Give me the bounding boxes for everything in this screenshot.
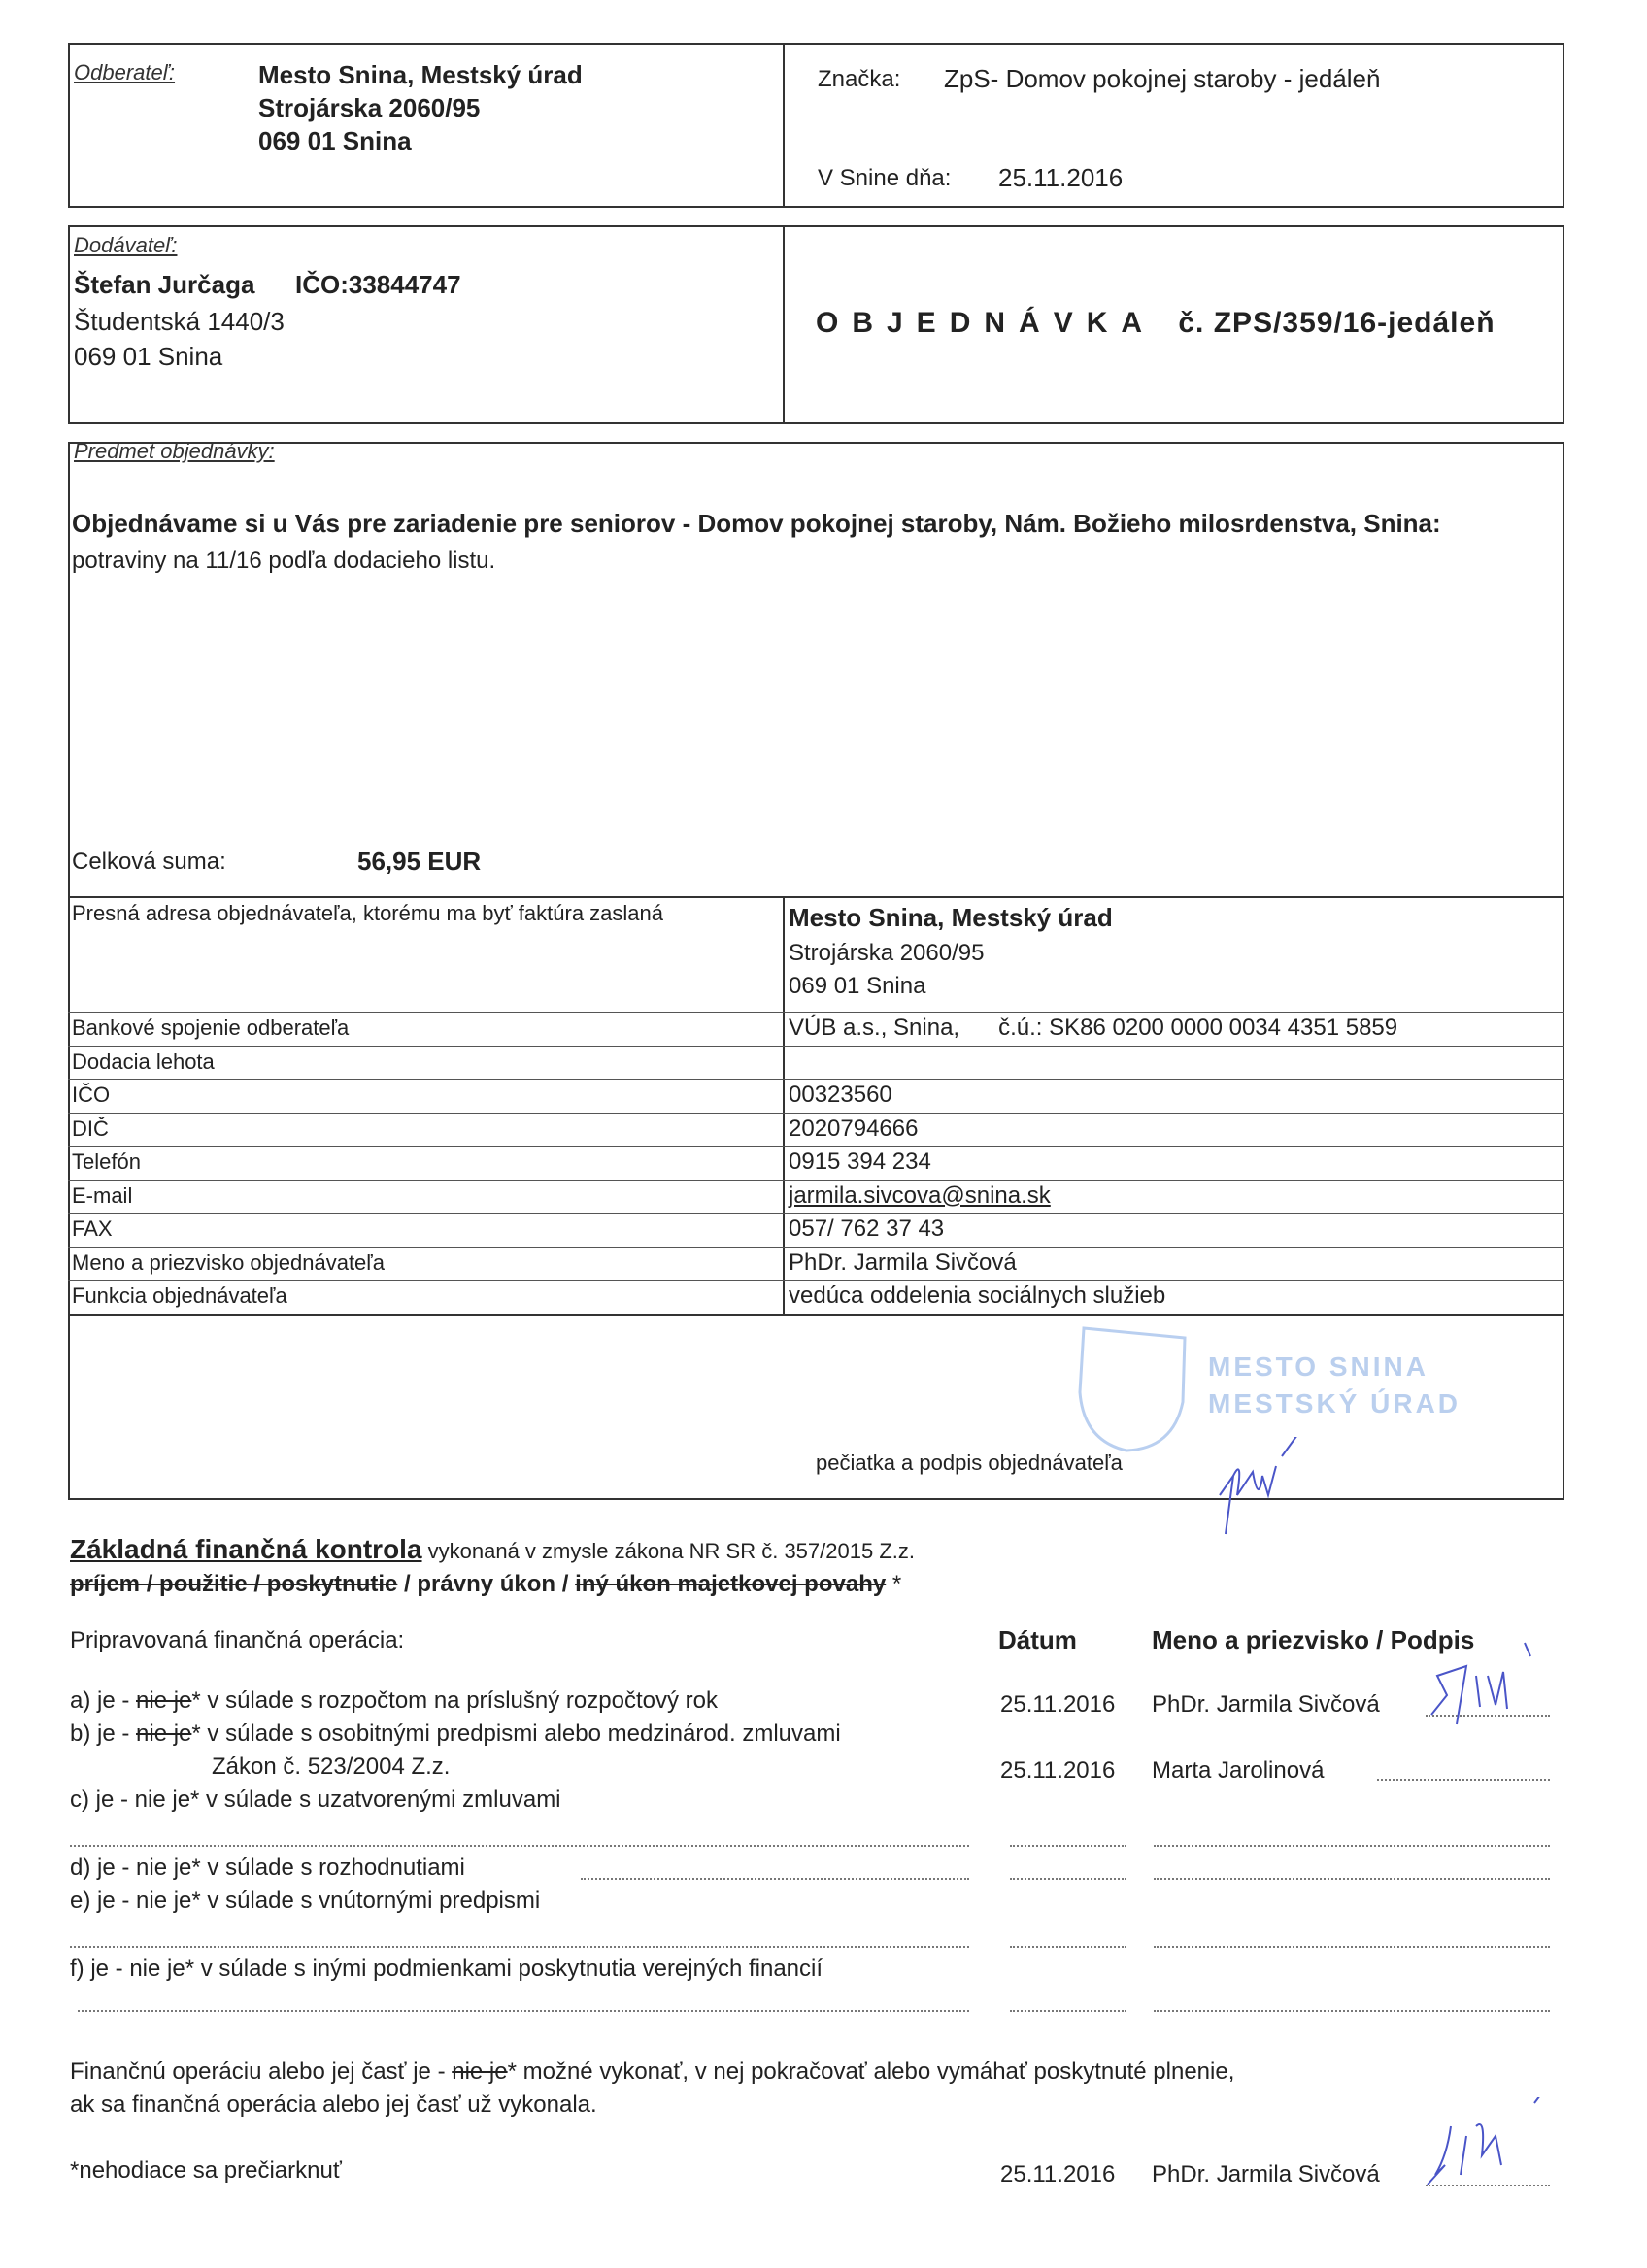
order-number: č. ZPS/359/16-jedáleň (1178, 307, 1495, 339)
table-row-value: 00323560 (789, 1082, 892, 1109)
subject-label: Predmet objednávky: (74, 439, 275, 464)
stamp-text-1: MESTO SNINA (1208, 1351, 1429, 1383)
item-f: f) je - nie je* v súlade s inými podmien… (70, 1955, 823, 1983)
table-row-label: Bankové spojenie odberateľa (72, 1016, 349, 1041)
row-divider (68, 1113, 1564, 1114)
type-sep: / (555, 1571, 575, 1597)
supplier-label: Dodávateľ: (74, 233, 177, 258)
subject-line-1: Objednávame si u Vás pre zariadenie pre … (72, 509, 1441, 539)
order-title-word: OBJEDNÁVKA (816, 307, 1156, 339)
table-row-value: 2020794666 (789, 1116, 918, 1143)
footnote: *nehodiace sa prečiarknuť (70, 2157, 342, 2185)
table-row-label: Telefón (72, 1150, 141, 1175)
signature-icon (1204, 1437, 1321, 1544)
item-a-post: * v súlade s rozpočtom na príslušný rozp… (191, 1687, 718, 1714)
item-c: c) je - nie je* v súlade s uzatvorenými … (70, 1786, 561, 1814)
table-row-value: PhDr. Jarmila Sivčová (789, 1250, 1017, 1277)
dots-e-op[interactable] (70, 1946, 969, 1948)
dots-f-op[interactable] (78, 2010, 969, 2012)
signature-icon (1418, 1637, 1554, 1734)
final-struck: nie je (452, 2058, 507, 2085)
row-divider (68, 1280, 1564, 1281)
item-d: d) je - nie je* v súlade s rozhodnutiami (70, 1854, 465, 1882)
dots-c-date[interactable] (1010, 1845, 1126, 1847)
table-row-value: vedúca oddelenia sociálnych služieb (789, 1283, 1165, 1310)
dots-e-date[interactable] (1010, 1946, 1126, 1948)
item-b-pre: b) je - (70, 1720, 136, 1747)
email-link[interactable]: jarmila.sivcova@snina.sk (789, 1183, 1051, 1210)
dots-e-name[interactable] (1154, 1946, 1550, 1948)
billing-address-city: 069 01 Snina (789, 973, 925, 1000)
supplier-ico: IČO:33844747 (295, 270, 461, 300)
divider (783, 225, 785, 424)
control-type: príjem / použitie / poskytnutie / právny… (70, 1571, 901, 1598)
stamp-shield-icon (1076, 1324, 1193, 1460)
table-row-value: 0915 394 234 (789, 1149, 931, 1176)
row-divider (68, 1146, 1564, 1147)
column-date: Dátum (998, 1625, 1077, 1655)
table-row-value: 057/ 762 37 43 (789, 1216, 944, 1243)
item-b-law: Zákon č. 523/2004 Z.z. (212, 1753, 450, 1781)
item-b-post: * v súlade s osobitnými predpismi alebo … (191, 1720, 840, 1747)
control-heading: Základná finančná kontrola vykonaná v zm… (70, 1534, 915, 1565)
final-line-2: ak sa finančná operácia alebo jej časť u… (70, 2091, 597, 2118)
final-pre: Finančnú operáciu alebo jej časť je - (70, 2058, 452, 2085)
item-a: a) je - nie je* v súlade s rozpočtom na … (70, 1687, 718, 1715)
row-divider (68, 1213, 1564, 1214)
final-post: * možné vykonať, v nej pokračovať alebo … (508, 2058, 1235, 2085)
sign-b-line[interactable] (1377, 1779, 1550, 1781)
supplier-city: 069 01 Snina (74, 342, 222, 372)
signature-icon (1418, 2097, 1554, 2194)
customer-label: Odberateľ: (74, 60, 175, 85)
final-statement: Finančnú operáciu alebo jej časť je - ni… (70, 2058, 1234, 2085)
control-heading-rest: vykonaná v zmysle zákona NR SR č. 357/20… (422, 1539, 915, 1563)
type-struck-1: príjem / použitie / poskytnutie (70, 1571, 397, 1597)
dots-d-name[interactable] (1154, 1878, 1550, 1880)
stamp-text-2: MESTSKÝ ÚRAD (1208, 1388, 1461, 1419)
billing-address-street: Strojárska 2060/95 (789, 940, 984, 967)
table-row-label: Funkcia objednávateľa (72, 1284, 287, 1309)
sign-b-name: Marta Jarolinová (1152, 1757, 1324, 1784)
divider (783, 43, 785, 208)
dots-c-op[interactable] (70, 1845, 969, 1847)
row-divider (68, 1247, 1564, 1248)
dots-f-name[interactable] (1154, 2010, 1550, 2012)
final-name: PhDr. Jarmila Sivčová (1152, 2161, 1380, 2188)
sign-a-date: 25.11.2016 (1000, 1691, 1115, 1718)
date-label: V Snine dňa: (818, 165, 951, 192)
table-row-label: IČO (72, 1083, 110, 1108)
reference-label: Značka: (818, 66, 900, 93)
type-kept: právny úkon (417, 1571, 555, 1597)
control-heading-main: Základná finančná kontrola (70, 1534, 422, 1564)
table-row-label: Meno a priezvisko objednávateľa (72, 1251, 385, 1276)
customer-street: Strojárska 2060/95 (258, 93, 480, 123)
sign-a-name: PhDr. Jarmila Sivčová (1152, 1691, 1380, 1718)
table-row-label: E-mail (72, 1184, 132, 1209)
supplier-name: Štefan Jurčaga (74, 270, 254, 300)
supplier-street: Študentská 1440/3 (74, 307, 285, 337)
table-row-label: Dodacia lehota (72, 1050, 215, 1075)
order-title: OBJEDNÁVKA č. ZPS/359/16-jedáleň (816, 307, 1496, 340)
item-a-pre: a) je - (70, 1687, 136, 1714)
dots-d-date[interactable] (1010, 1878, 1126, 1880)
sign-b-date: 25.11.2016 (1000, 1757, 1115, 1784)
final-date: 25.11.2016 (1000, 2161, 1115, 2188)
item-a-struck: nie je (136, 1687, 191, 1714)
date-value: 25.11.2016 (998, 163, 1123, 193)
type-sep: / (397, 1571, 417, 1597)
customer-city: 069 01 Snina (258, 126, 412, 156)
total-value: 56,95 EUR (357, 847, 481, 877)
item-e: e) je - nie je* v súlade s vnútornými pr… (70, 1887, 540, 1915)
dots-f-date[interactable] (1010, 2010, 1126, 2012)
table-row-label: FAX (72, 1217, 113, 1242)
row-divider (68, 1012, 1564, 1013)
table-row-label: DIČ (72, 1117, 109, 1142)
billing-address-label: Presná adresa objednávateľa, ktorému ma … (72, 901, 663, 926)
dots-d-op[interactable] (581, 1878, 969, 1880)
billing-address-name: Mesto Snina, Mestský úrad (789, 903, 1113, 933)
row-divider (68, 1079, 1564, 1080)
subject-line-2: potraviny na 11/16 podľa dodacieho listu… (72, 548, 495, 575)
operation-label: Pripravovaná finančná operácia: (70, 1627, 404, 1654)
dots-c-name[interactable] (1154, 1845, 1550, 1847)
stamp-label: pečiatka a podpis objednávateľa (816, 1451, 1123, 1476)
row-divider (68, 1180, 1564, 1181)
table-row-value: VÚB a.s., Snina, č.ú.: SK86 0200 0000 00… (789, 1015, 1397, 1042)
total-label: Celková suma: (72, 849, 226, 876)
type-struck-2: iný úkon majetkovej povahy (575, 1571, 886, 1597)
customer-name: Mesto Snina, Mestský úrad (258, 60, 583, 90)
item-b-struck: nie je (136, 1720, 191, 1747)
item-b: b) je - nie je* v súlade s osobitnými pr… (70, 1720, 841, 1748)
row-divider (68, 1046, 1564, 1047)
type-star: * (886, 1571, 901, 1597)
divider (783, 896, 785, 1316)
reference-value: ZpS- Domov pokojnej staroby - jedáleň (944, 64, 1380, 94)
